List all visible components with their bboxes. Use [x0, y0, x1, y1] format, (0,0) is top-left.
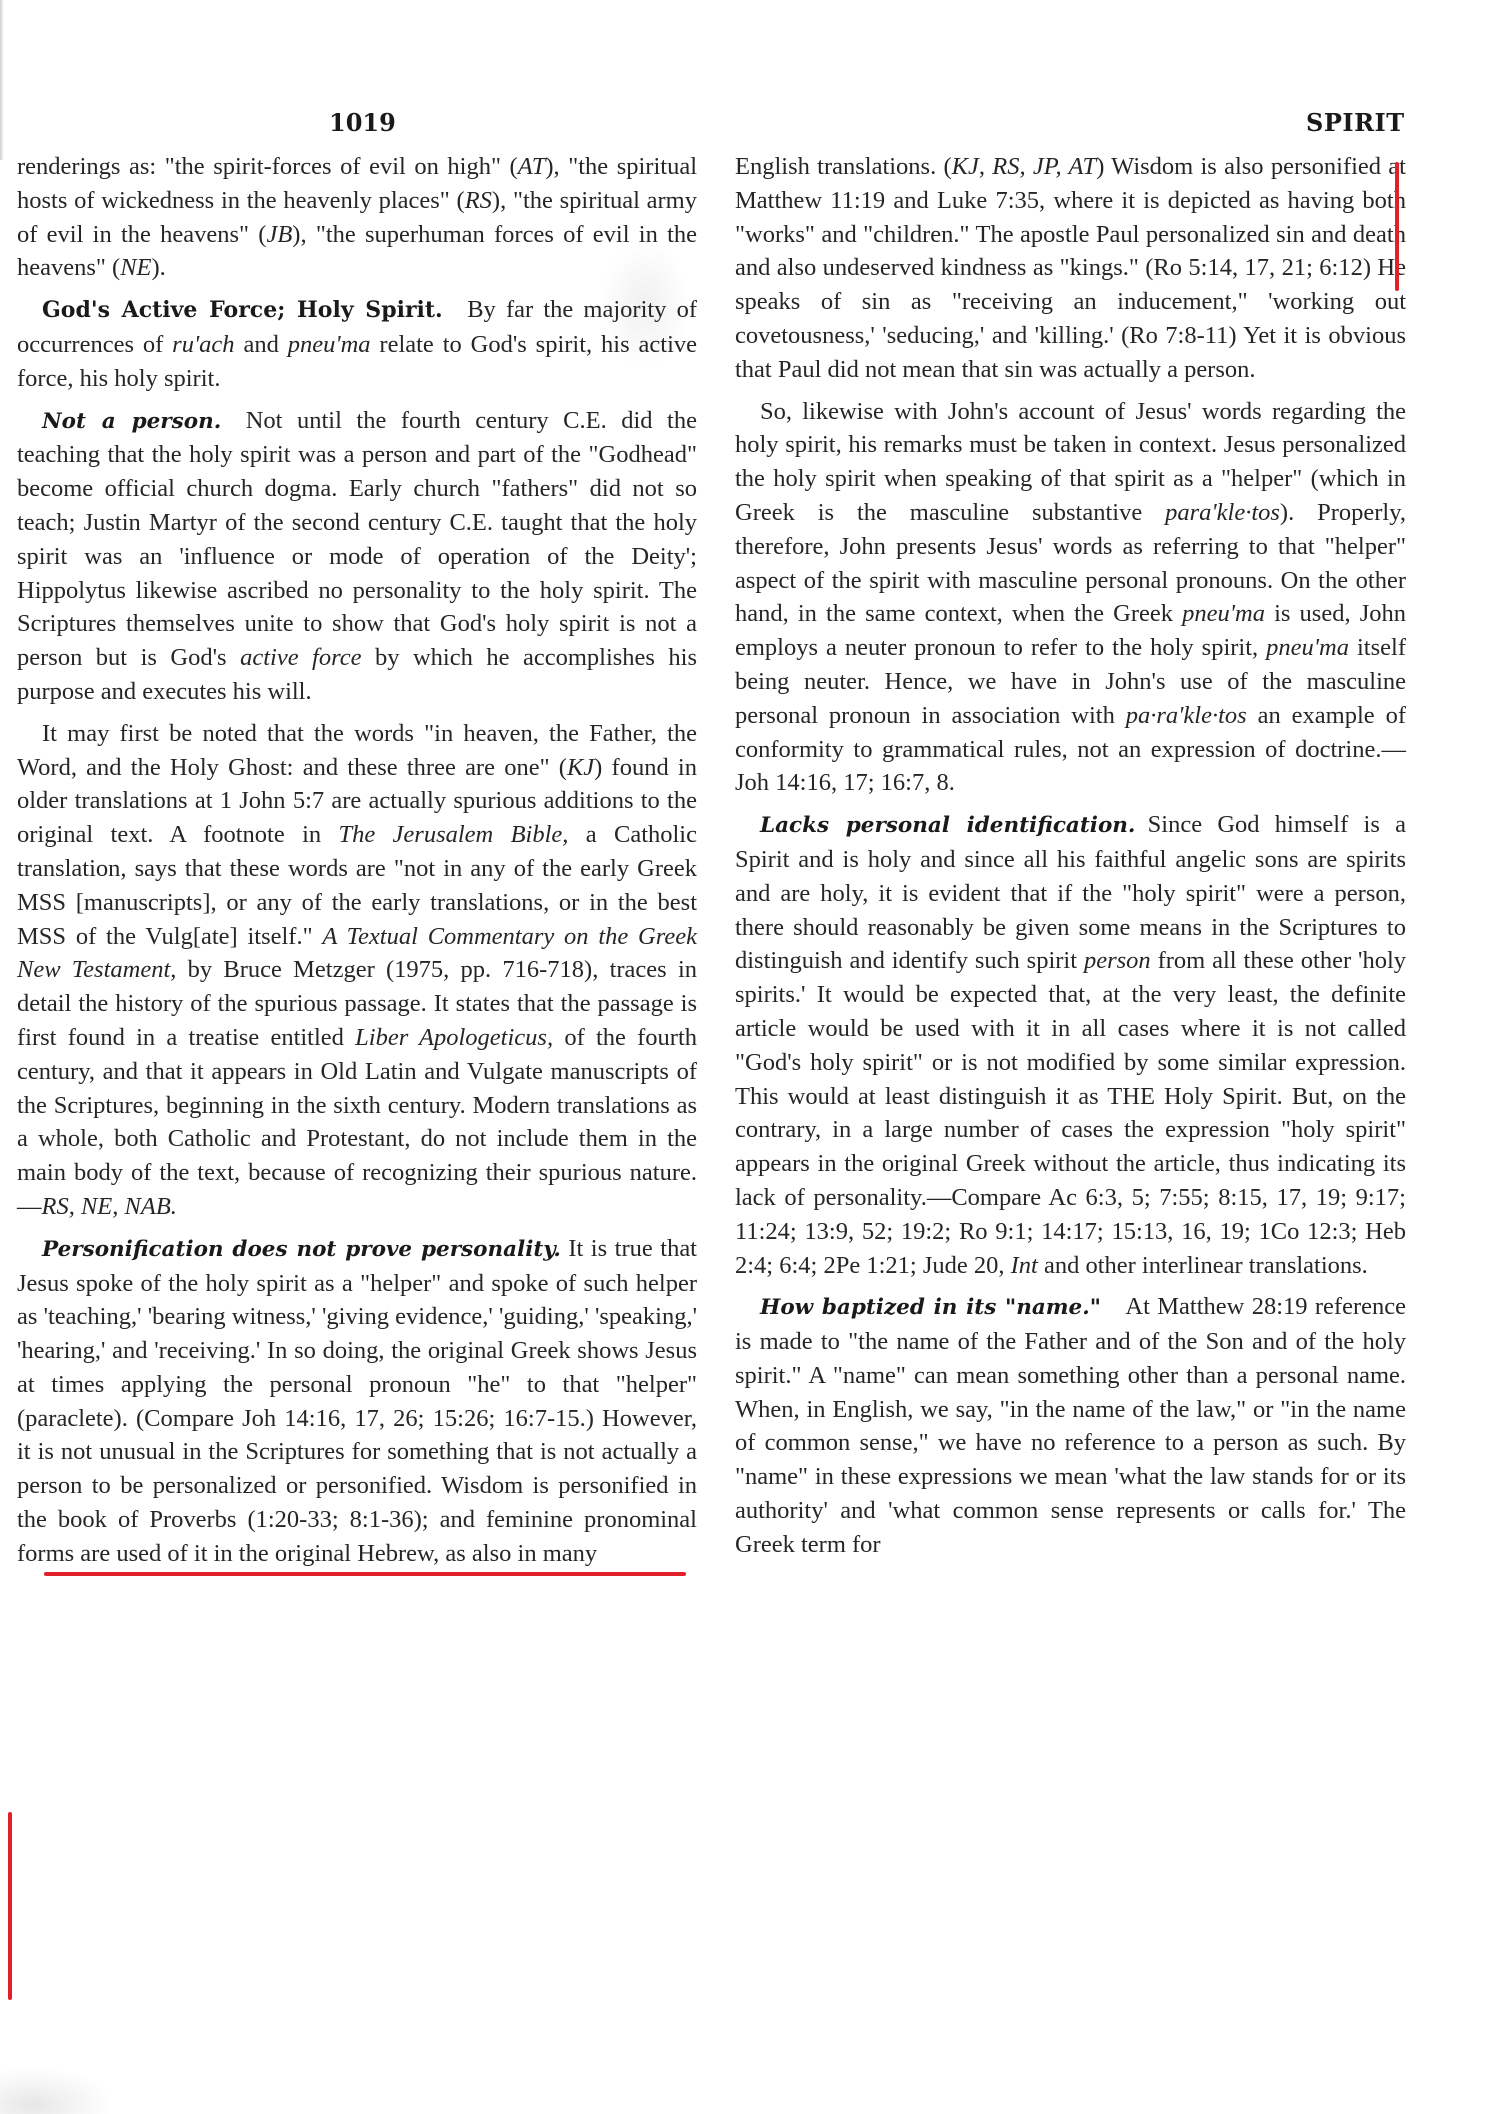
- running-head: SPIRIT: [1306, 108, 1405, 137]
- paragraph-not-a-person: Not a person. Not until the fourth centu…: [17, 404, 697, 709]
- page-edge-shadow: [0, 0, 4, 160]
- subsection-heading: Lacks personal identification.: [760, 813, 1135, 838]
- subsection-heading: Not a person.: [42, 409, 221, 434]
- section-heading: God's Active Force; Holy Spirit.: [42, 297, 443, 323]
- right-column: English translations. (KJ, RS, JP, AT) W…: [735, 150, 1406, 1570]
- left-column: renderings as: "the spirit-forces of evi…: [17, 150, 697, 1579]
- red-margin-bar-left: [8, 1812, 12, 2000]
- paragraph-renderings: renderings as: "the spirit-forces of evi…: [17, 150, 697, 285]
- paragraph-lacks-identification: Lacks personal identification. Since God…: [735, 808, 1406, 1282]
- red-margin-bar-right: [1395, 162, 1399, 291]
- paragraph-johns-account: So, likewise with John's account of Jesu…: [735, 395, 1406, 801]
- page-number: 1019: [329, 108, 396, 137]
- paragraph-baptized-in-name: How baptized in its "name." At Matthew 2…: [735, 1290, 1406, 1561]
- subsection-heading: How baptized in its "name.": [760, 1295, 1101, 1320]
- paragraph-personification: Personification does not prove personali…: [17, 1232, 697, 1571]
- subsection-heading-underlined: Personification does not prove personali…: [42, 1237, 561, 1262]
- paragraph-english-translations: English translations. (KJ, RS, JP, AT) W…: [735, 150, 1406, 387]
- paragraph-1-john-5-7: It may first be noted that the words "in…: [17, 717, 697, 1224]
- red-underline-annotation: [44, 1572, 686, 1576]
- paragraph-gods-active-force: God's Active Force; Holy Spirit. By far …: [17, 293, 697, 395]
- scan-smudge: [0, 2069, 110, 2114]
